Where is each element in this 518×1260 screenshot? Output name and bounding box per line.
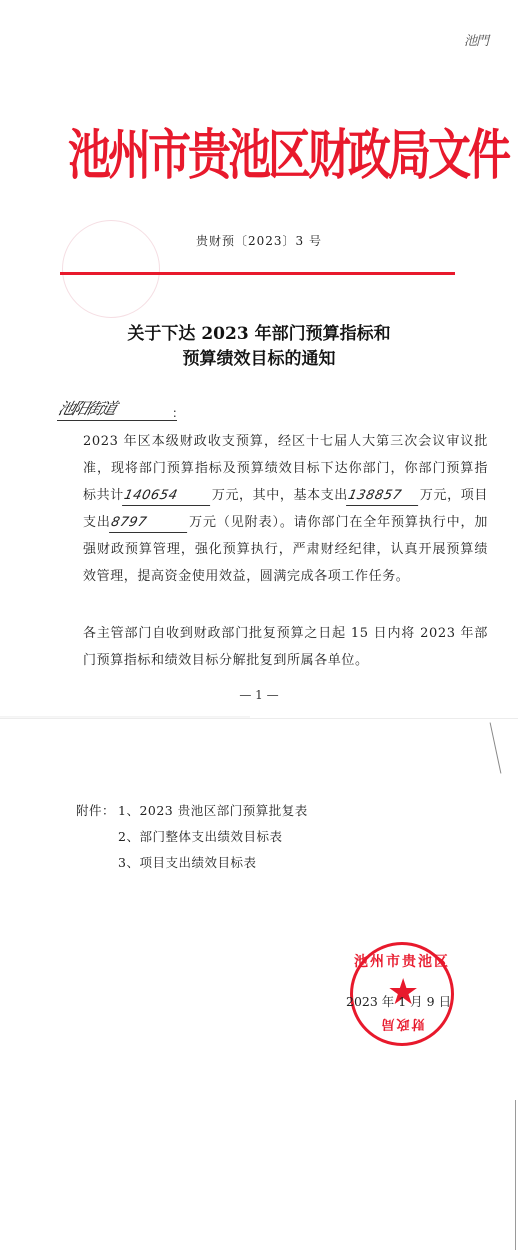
- title-line-1: 关于下达 2023 年部门预算指标和: [0, 322, 518, 347]
- document-number: 贵财预〔2023〕3 号: [0, 232, 518, 249]
- paragraph-1-text-b: 万元，其中，基本支出: [212, 488, 348, 503]
- body-paragraph-2: 各主管部门自收到财政部门批复预算之日起 15 日内将 2023 年部门预算指标和…: [57, 620, 488, 674]
- total-amount-handwritten: 140654: [122, 487, 214, 506]
- attachments-list: 附件：1、2023 贵池区部门预算批复表 2、部门整体支出绩效目标表 3、项目支…: [76, 798, 308, 876]
- scan-right-edge: [515, 1100, 516, 1250]
- recipient-colon: ：: [172, 404, 184, 421]
- body-paragraph-1: 2023 年区本级财政收支预算，经区十七届人大第三次会议审议批准，现将部门预算指…: [57, 428, 488, 590]
- seal-text-top: 池州市贵池区: [353, 951, 451, 971]
- attachment-item-1: 1、2023 贵池区部门预算批复表: [118, 803, 308, 818]
- issue-date: 2023 年 1 月 9 日: [346, 992, 451, 1010]
- red-divider-line: [60, 272, 455, 275]
- project-amount-handwritten: 8797: [109, 514, 191, 533]
- attachments-label: 附件：: [76, 798, 118, 824]
- recipient-field: 池阳街道: [57, 398, 177, 421]
- masthead-title: 池州市贵池区财政局文件: [68, 126, 448, 186]
- attachment-item-2: 2、部门整体支出绩效目标表: [76, 824, 308, 850]
- recipient-signature: 池阳街道: [56, 396, 118, 419]
- page-number: — 1 —: [0, 688, 518, 702]
- seal-text-bottom: 财政局: [353, 1016, 451, 1035]
- title-line-2: 预算绩效目标的通知: [0, 347, 518, 372]
- notice-title: 关于下达 2023 年部门预算指标和 预算绩效目标的通知: [0, 322, 518, 372]
- attachment-item-3: 3、项目支出绩效目标表: [76, 850, 308, 876]
- basic-amount-handwritten: 138857: [346, 487, 422, 506]
- handwritten-note: 池門: [464, 30, 488, 49]
